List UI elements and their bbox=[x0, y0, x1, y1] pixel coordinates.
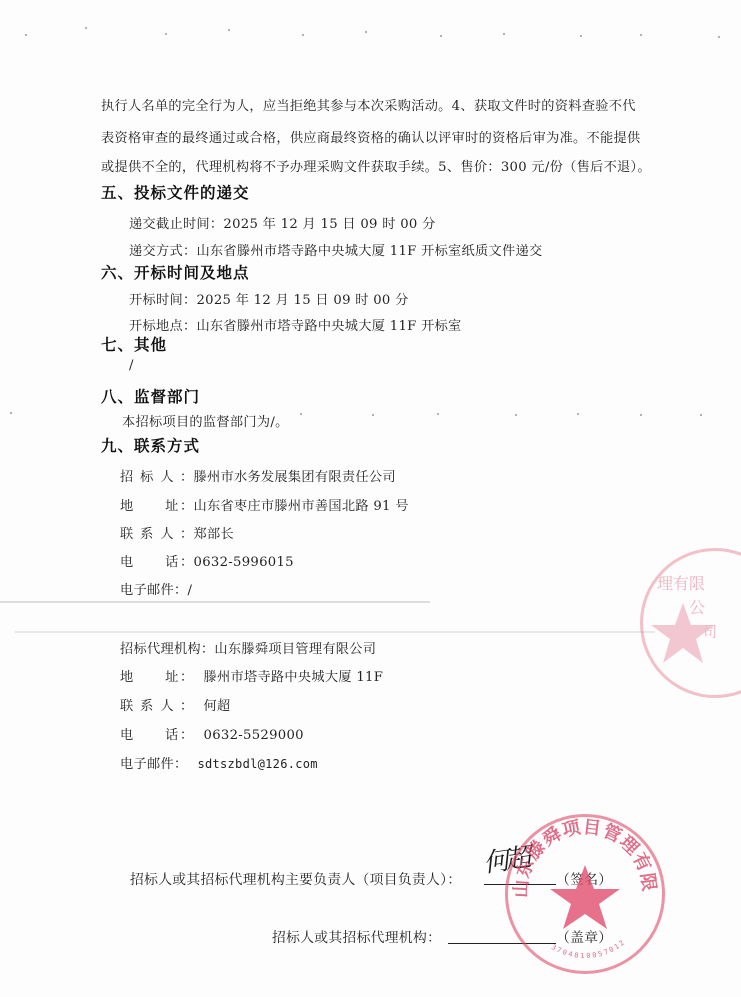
scan-speck bbox=[640, 414, 642, 416]
tenderer-contact-label: 联系人 bbox=[120, 523, 180, 542]
submission-method: 递交方式：山东省滕州市塔寺路中央城大厦 11F 开标室纸质文件递交 bbox=[129, 240, 542, 259]
scan-speck bbox=[437, 413, 439, 415]
opening-place: 开标地点：山东省滕州市塔寺路中央城大厦 11F 开标室 bbox=[129, 315, 462, 334]
scan-speck bbox=[515, 414, 517, 416]
scan-speck bbox=[503, 33, 505, 35]
tenderer-name-value: 滕州市水务发展集团有限责任公司 bbox=[194, 470, 396, 485]
agency-address: 地址：滕州市塔寺路中央城大厦 11F bbox=[120, 666, 383, 685]
opening-time-label: 开标时间： bbox=[129, 293, 196, 308]
agency-contact: 联系人：何超 bbox=[120, 695, 230, 714]
section-8-heading: 八、监督部门 bbox=[101, 385, 200, 407]
document-page: 执行人名单的完全行为人，应当拒绝其参与本次采购活动。4、获取文件时的资料查验不代… bbox=[0, 0, 741, 997]
tenderer-phone-label: 电话 bbox=[120, 551, 180, 570]
submission-method-label: 递交方式： bbox=[129, 244, 196, 259]
tenderer-phone-value: 0632-5996015 bbox=[194, 555, 294, 570]
tenderer-address: 地址：山东省枣庄市滕州市善国北路 91 号 bbox=[120, 495, 409, 514]
scan-speck bbox=[25, 34, 27, 36]
colon: ： bbox=[180, 555, 194, 570]
responsible-person-label: 招标人或其招标代理机构主要负责人（项目负责人）： bbox=[130, 868, 461, 888]
agency-phone: 电话：0632-5529000 bbox=[120, 724, 304, 743]
scan-speck bbox=[228, 29, 230, 31]
section-7-heading: 七、其他 bbox=[101, 333, 167, 355]
submission-deadline-label: 递交截止时间： bbox=[129, 217, 223, 232]
tenderer-name: 招标人：滕州市水务发展集团有限责任公司 bbox=[120, 466, 396, 485]
colon: ： bbox=[180, 699, 194, 714]
colon: ： bbox=[180, 728, 194, 743]
agency-phone-label: 电话 bbox=[120, 724, 180, 743]
tenderer-name-label: 招标人 bbox=[120, 466, 180, 485]
company-seal-stamp: 山东滕舜项目管理有限公司 3704810057012 bbox=[505, 814, 665, 974]
colon: ： bbox=[180, 470, 194, 485]
section-6-heading: 六、开标时间及地点 bbox=[101, 261, 250, 283]
tenderer-contact-value: 郑部长 bbox=[194, 527, 234, 542]
intro-line-2: 表资格审查的最终通过或合格，供应商最终资格的确认以评审时的资格后审为准。不能提供 bbox=[101, 127, 641, 146]
agency-email: 电子邮件：sdtszbdl@126.com bbox=[120, 753, 318, 772]
scan-speck bbox=[640, 34, 642, 36]
opening-time-value: 2025 年 12 月 15 日 09 时 00 分 bbox=[196, 293, 408, 308]
svg-text:理有限: 理有限 bbox=[657, 574, 705, 593]
agency-email-label: 电子邮件： bbox=[120, 757, 187, 772]
scan-speck bbox=[302, 34, 304, 36]
submission-deadline: 递交截止时间：2025 年 12 月 15 日 09 时 00 分 bbox=[129, 213, 436, 232]
agency-name-label: 招标代理机构： bbox=[120, 642, 214, 657]
tenderer-email-value: / bbox=[187, 583, 192, 598]
seal-star-icon: 山东滕舜项目管理有限公司 3704810057012 bbox=[508, 817, 662, 971]
agency-name: 招标代理机构：山东滕舜项目管理有限公司 bbox=[120, 638, 376, 657]
scan-speck bbox=[10, 412, 12, 414]
scan-speck bbox=[300, 413, 302, 415]
organization-label: 招标人或其招标代理机构： bbox=[272, 926, 441, 946]
intro-line-3: 或提供不全的，代理机构将不予办理采购文件获取手续。5、售价：300 元/份（售后… bbox=[101, 156, 651, 175]
agency-address-label: 地址 bbox=[120, 666, 180, 685]
opening-place-value: 山东省滕州市塔寺路中央城大厦 11F 开标室 bbox=[196, 319, 461, 334]
opening-place-label: 开标地点： bbox=[129, 319, 196, 334]
scan-speck bbox=[165, 33, 167, 35]
intro-line-1: 执行人名单的完全行为人，应当拒绝其参与本次采购活动。4、获取文件时的资料查验不代 bbox=[101, 95, 636, 114]
svg-text:公: 公 bbox=[689, 598, 705, 617]
tenderer-contact: 联系人：郑部长 bbox=[120, 523, 234, 542]
submission-deadline-value: 2025 年 12 月 15 日 09 时 00 分 bbox=[223, 217, 435, 232]
section-7-content: / bbox=[129, 358, 134, 373]
svg-text:3704810057012: 3704810057012 bbox=[550, 938, 628, 961]
scan-speck bbox=[365, 31, 367, 33]
seam-seal-stamp: 理有限 公 司 bbox=[640, 548, 741, 698]
tenderer-phone: 电话：0632-5996015 bbox=[120, 551, 294, 570]
scan-speck bbox=[700, 414, 702, 416]
scan-speck bbox=[440, 35, 442, 37]
tenderer-email: 电子邮件：/ bbox=[120, 579, 192, 598]
section-9-heading: 九、联系方式 bbox=[101, 434, 200, 456]
scan-artifact bbox=[0, 601, 430, 603]
tenderer-address-value: 山东省枣庄市滕州市善国北路 91 号 bbox=[194, 499, 409, 514]
colon: ： bbox=[180, 527, 194, 542]
scan-artifact bbox=[15, 631, 655, 633]
opening-time: 开标时间：2025 年 12 月 15 日 09 时 00 分 bbox=[129, 289, 409, 308]
agency-phone-value: 0632-5529000 bbox=[204, 728, 304, 743]
colon: ： bbox=[180, 670, 194, 685]
svg-text:司: 司 bbox=[703, 625, 717, 641]
agency-contact-label: 联系人 bbox=[120, 695, 180, 714]
scan-speck bbox=[85, 27, 87, 29]
scan-speck bbox=[580, 35, 582, 37]
agency-contact-value: 何超 bbox=[204, 699, 231, 714]
agency-email-value: sdtszbdl@126.com bbox=[197, 757, 317, 771]
scan-speck bbox=[718, 36, 720, 38]
section-8-content: 本招标项目的监督部门为/。 bbox=[122, 411, 289, 430]
seam-seal-star-icon: 理有限 公 司 bbox=[643, 551, 741, 695]
tenderer-email-label: 电子邮件： bbox=[120, 583, 187, 598]
tenderer-address-label: 地址 bbox=[120, 495, 180, 514]
submission-method-value: 山东省滕州市塔寺路中央城大厦 11F 开标室纸质文件递交 bbox=[196, 244, 542, 259]
section-5-heading: 五、投标文件的递交 bbox=[101, 181, 250, 203]
scan-speck bbox=[372, 414, 374, 416]
agency-address-value: 滕州市塔寺路中央城大厦 11F bbox=[204, 670, 384, 685]
agency-name-value: 山东滕舜项目管理有限公司 bbox=[214, 642, 376, 657]
colon: ： bbox=[180, 499, 194, 514]
scan-speck bbox=[577, 413, 579, 415]
